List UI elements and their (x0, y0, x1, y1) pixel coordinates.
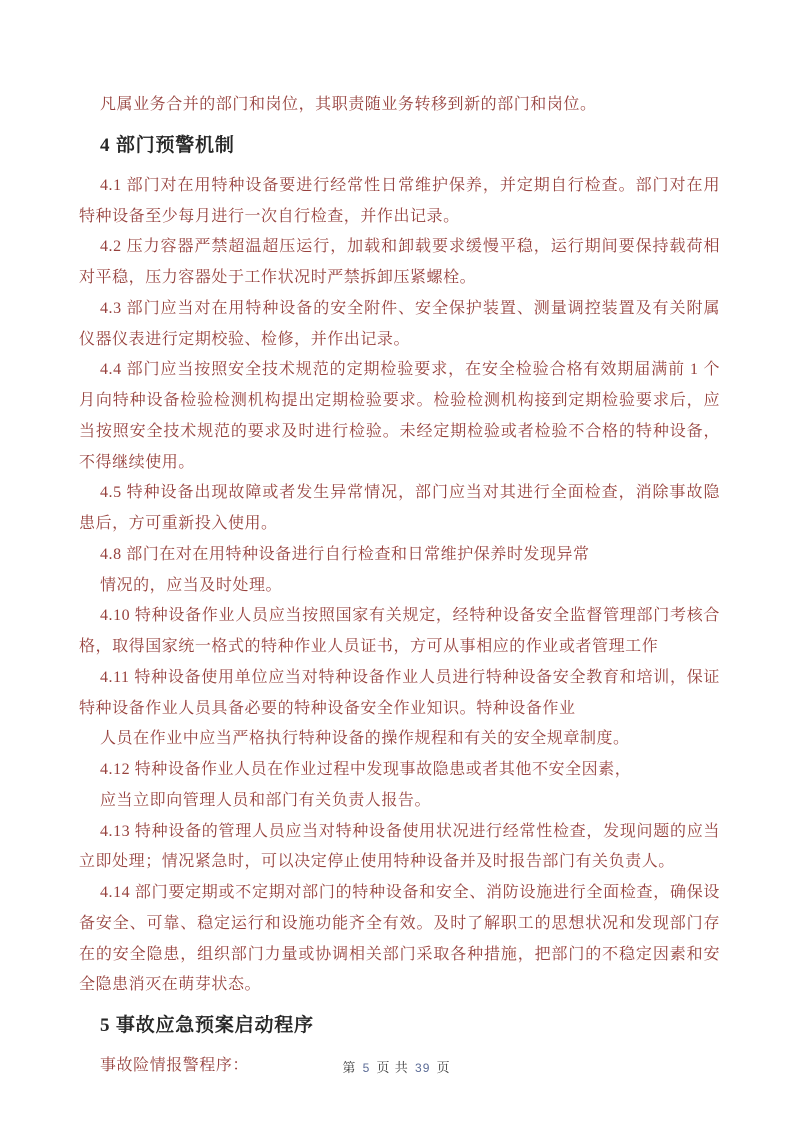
document-paragraph: 人员在作业中应当严格执行特种设备的操作规程和有关的安全规章制度。 (79, 724, 720, 755)
page-footer: 第 5 页 共 39 页 (0, 1058, 793, 1078)
document-paragraph: 4.5 特种设备出现故障或者发生异常情况，部门应当对其进行全面检查，消除事故隐患… (79, 478, 720, 540)
document-paragraph: 凡属业务合并的部门和岗位，其职责随业务转移到新的部门和岗位。 (79, 90, 720, 121)
document-paragraph: 4.1 部门对在用特种设备要进行经常性日常维护保养，并定期自行检查。部门对在用特… (79, 171, 720, 233)
document-paragraph: 应当立即向管理人员和部门有关负责人报告。 (79, 786, 720, 817)
footer-prefix: 第 (342, 1060, 356, 1075)
current-page-number: 5 (361, 1061, 373, 1075)
document-paragraph: 4.8 部门在对在用特种设备进行自行检查和日常维护保养时发现异常 (79, 540, 720, 571)
document-paragraph: 4.4 部门应当按照安全技术规范的定期检验要求，在安全检验合格有效期届满前 1 … (79, 355, 720, 478)
document-paragraph: 情况的，应当及时处理。 (79, 571, 720, 602)
document-paragraph: 4.14 部门要定期或不定期对部门的特种设备和安全、消防设施进行全面检查，确保设… (79, 878, 720, 1001)
section-heading: 5 事故应急预案启动程序 (79, 1010, 720, 1041)
document-body: 凡属业务合并的部门和岗位，其职责随业务转移到新的部门和岗位。4 部门预警机制4.… (79, 90, 720, 1082)
document-paragraph: 4.13 特种设备的管理人员应当对特种设备使用状况进行经常性检查，发现问题的应当… (79, 817, 720, 879)
document-paragraph: 4.12 特种设备作业人员在作业过程中发现事故隐患或者其他不安全因素， (79, 755, 720, 786)
footer-middle: 页 共 (377, 1060, 409, 1075)
footer-suffix: 页 (437, 1060, 451, 1075)
total-page-count: 39 (413, 1061, 432, 1075)
document-page: 凡属业务合并的部门和岗位，其职责随业务转移到新的部门和岗位。4 部门预警机制4.… (0, 0, 793, 1122)
section-heading: 4 部门预警机制 (79, 130, 720, 161)
document-paragraph: 4.11 特种设备使用单位应当对特种设备作业人员进行特种设备安全教育和培训，保证… (79, 663, 720, 725)
document-paragraph: 4.2 压力容器严禁超温超压运行，加载和卸载要求缓慢平稳，运行期间要保持载荷相对… (79, 232, 720, 294)
document-paragraph: 4.10 特种设备作业人员应当按照国家有关规定，经特种设备安全监督管理部门考核合… (79, 601, 720, 663)
document-paragraph: 4.3 部门应当对在用特种设备的安全附件、安全保护装置、测量调控装置及有关附属仪… (79, 294, 720, 356)
